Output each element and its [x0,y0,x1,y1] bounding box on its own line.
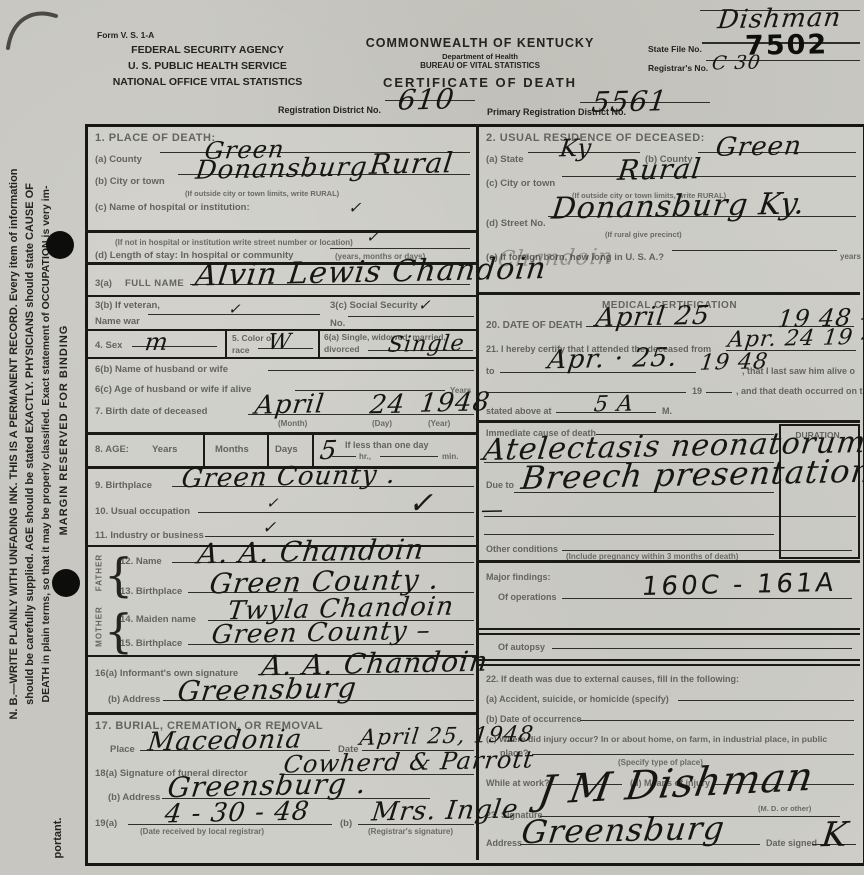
mother-bp-value: Green County – [210,618,432,649]
state-file-label: State File No. [648,44,702,54]
city-value-rural: Rural [368,149,455,179]
agency-line1: FEDERAL SECURITY AGENCY [95,44,320,56]
field-line [706,392,732,393]
attended-to-value: Apr. · 25. [546,345,679,374]
burial-place-value: Macedonia [146,726,303,755]
registrar-sig-value: Mrs. Ingle [370,796,520,825]
birth-year-value: 1948 [418,389,491,416]
bureau-line: BUREAU OF VITAL STATISTICS [355,61,605,70]
hour-value: 5 A [593,394,636,417]
father-brace: { [104,548,133,602]
corner-pen-mark [2,2,62,62]
res-street-value: Donansburg Ky. [550,189,807,224]
form-number: Form V. S. 1-A [97,30,154,40]
rule [479,560,860,563]
margin-note-line2: should be carefully supplied. AGE should… [24,24,36,864]
margin-note-line3: DEATH in plain terms, so that it may be … [40,24,52,864]
res-city-value: Rural [616,155,703,185]
med-addr-value: Greensburg [520,812,727,848]
cell-divider [203,432,205,466]
mother-brace: { [104,604,133,658]
date-signed-mark: K [820,818,851,853]
res-state-value: Ky [559,136,594,161]
rule [479,664,860,666]
commonwealth-title: COMMONWEALTH OF KENTUCKY [355,36,605,50]
death-certificate-scan: N. B.—WRITE PLAINLY WITH UNFADING INK. T… [0,0,864,875]
field-line [330,248,470,249]
city-value: Donansburg [194,154,369,184]
informant-addr-value: Greensburg [176,674,358,706]
primary-district-value: 5561 [590,87,669,117]
operations-value: 160C - 161A [640,570,838,600]
received-value: 4 - 30 - 48 [163,798,311,827]
res-county-value: Green [714,133,803,161]
cell-divider [318,329,320,357]
birth-month-value: April [253,391,326,418]
rule [85,712,477,715]
margin-note-line4: portant. [52,798,64,875]
department-line: Department of Health [355,52,605,61]
agency-line2: U. S. PUBLIC HEALTH SERVICE [95,60,320,72]
registrar-no-value: C 30 [711,53,762,73]
race-value: W [267,332,293,354]
ghost-handwriting: Chandoin [497,247,615,271]
attended-from-value: Apr. 24 19 48 [726,326,864,351]
cell-divider [267,432,269,466]
street-note-check: ✓ [366,228,379,246]
agency-line3: NATIONAL OFFICE VITAL STATISTICS [95,76,320,88]
sex-value: m [144,330,171,354]
occupation-check-1: ✓ [266,494,279,512]
field-line [348,316,474,317]
field-line [486,392,686,393]
punch-hole-top [46,231,74,259]
veteran-check: ✓ [228,300,241,318]
due-dash: — [480,500,506,522]
to-year-value: 19 48 [699,351,770,374]
birth-day-value: 24 [368,392,406,419]
dod-value: April 25 [594,303,711,331]
field-line [580,720,854,721]
certificate-title: CERTIFICATE OF DEATH [355,75,605,90]
ssn-check: ✓ [418,296,431,314]
margin-note-line1: N. B.—WRITE PLAINLY WITH UNFADING INK. T… [8,24,20,864]
registration-district-value: 610 [396,85,456,114]
field-line [484,534,774,535]
rule [85,230,477,233]
due-value: Breech presentation – [520,454,864,494]
rule [479,292,860,295]
field-line [678,700,854,701]
rule [85,357,477,359]
rule [479,628,860,630]
hospital-check: ✓ [348,198,361,217]
registrar-no-label: Registrar's No. [648,63,708,73]
rule [85,432,477,435]
cell-divider [225,329,227,357]
occupation-check-2: ✓ [408,486,433,521]
margin-binding-label: MARGIN RESERVED FOR BINDING [58,280,70,580]
rule [479,659,860,661]
marital-value: Single [387,333,466,357]
rule [479,633,860,635]
field-line [380,456,438,457]
rule [479,420,860,423]
field-line [562,176,856,177]
field-line [552,648,852,649]
registration-district-label: Registration District No. [278,105,381,115]
birthplace-value: Green County . [180,462,397,492]
punch-hole-bottom [52,569,80,597]
field-line [268,370,474,371]
